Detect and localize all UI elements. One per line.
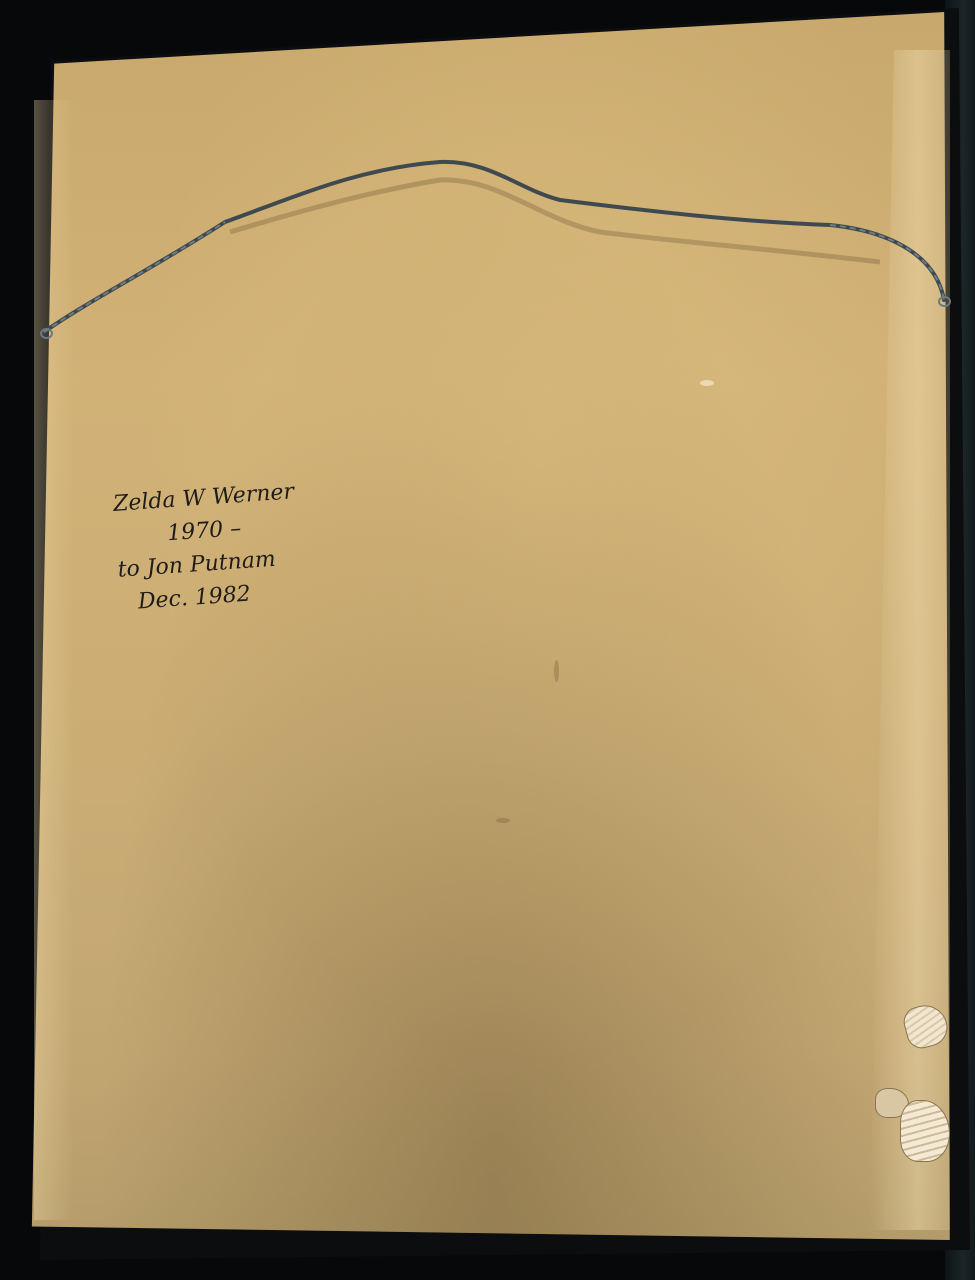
handwritten-inscription: Zelda W Werner 1970 – to Jon Putnam Dec.…	[112, 470, 381, 620]
kraft-paper-backing	[30, 12, 960, 1240]
paper-mark	[554, 660, 559, 682]
wire-screw-eye-right	[938, 296, 951, 307]
paper-scuff	[700, 380, 714, 386]
wire-screw-eye-left	[40, 328, 53, 339]
paper-mark	[496, 818, 510, 823]
paper-fold-left	[34, 100, 74, 1220]
